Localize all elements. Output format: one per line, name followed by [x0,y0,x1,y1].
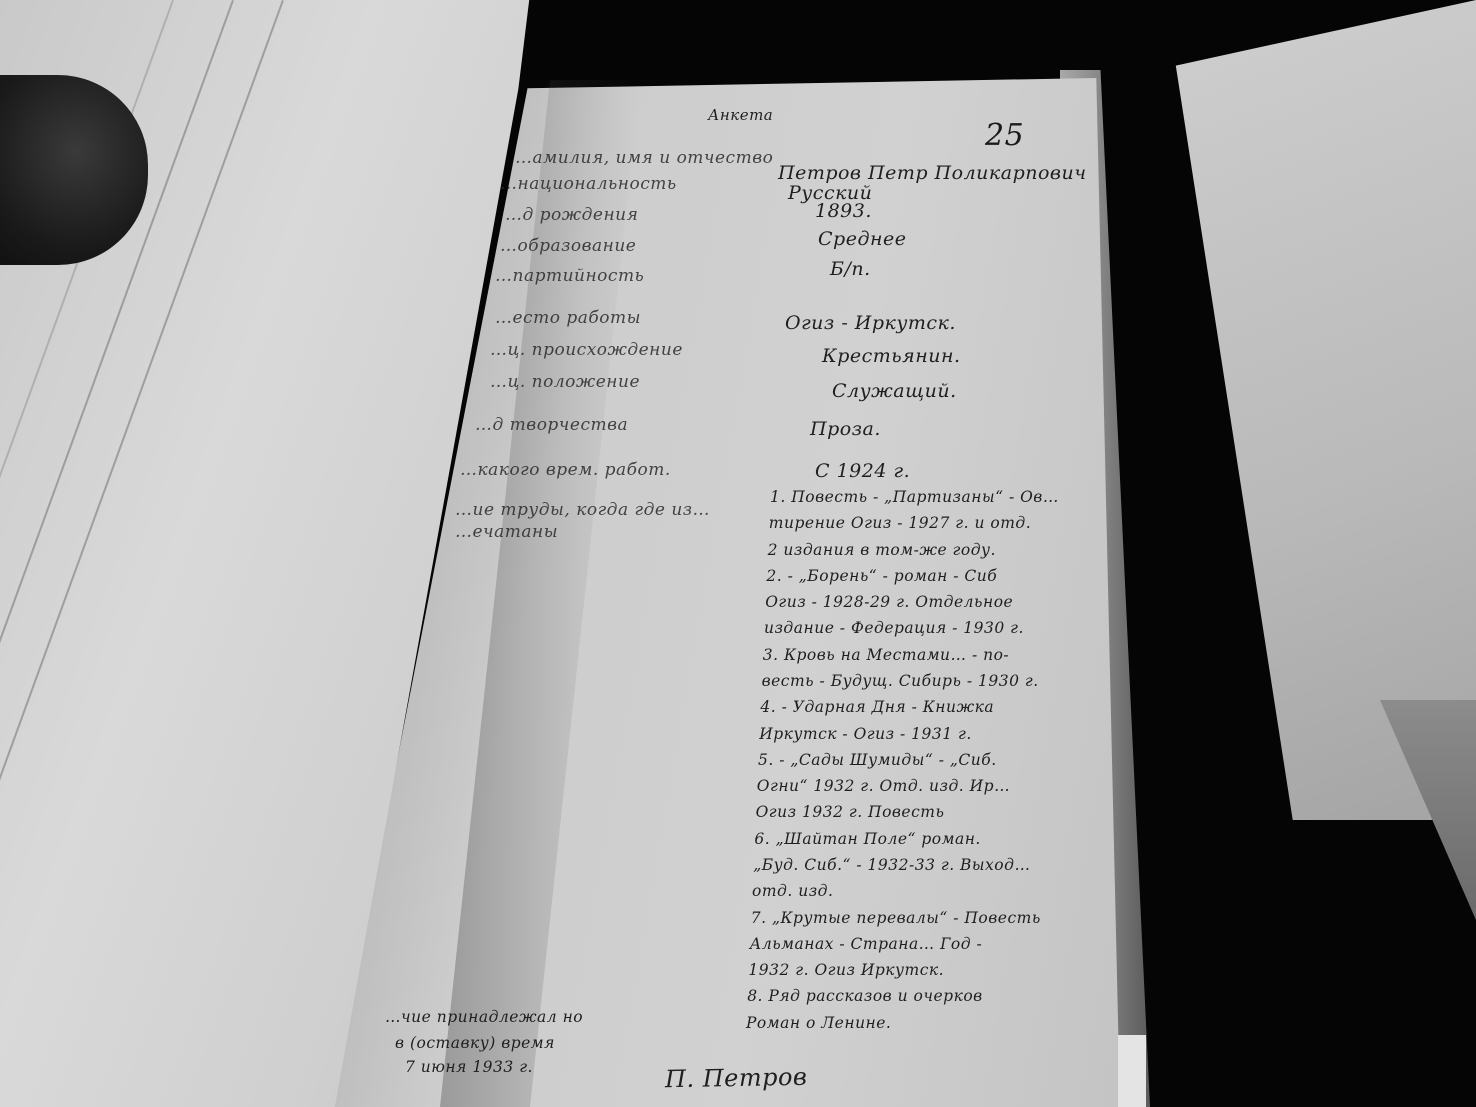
works-list-line: „Буд. Сиб.“ - 1932-33 г. Выход… [753,856,1030,874]
works-list-line: весть - Будущ. Сибирь - 1930 г. [762,672,1039,690]
field-value: Петров Петр Поликарпович [778,162,1087,184]
works-list-line: 2. - „Борень“ - роман - Сиб [766,567,997,585]
works-list-line: Роман о Ленине. [746,1014,891,1032]
field-value: Огиз - Иркутск. [785,312,956,334]
document-title: Анкета [708,106,773,124]
loose-sheet-right [1160,0,1476,820]
field-value: Крестьянин. [822,345,961,367]
works-list-line: издание - Федерация - 1930 г. [764,619,1024,637]
field-label: …д рождения [505,205,638,225]
field-label: …ие труды, когда где из… [455,500,710,520]
field-label: …национальность [500,174,677,194]
works-list-line: 1932 г. Огиз Иркутск. [748,961,944,979]
works-list-line: Огиз 1932 г. Повесть [756,803,945,821]
works-list-line: 3. Кровь на Местами… - по- [763,646,1009,664]
works-list-line: 4. - Ударная Дня - Книжка [760,698,994,716]
field-value: Среднее [818,228,907,250]
page-number: 25 [985,118,1024,153]
field-value: Б/п. [830,258,871,280]
works-list-line: 2 издания в том-же году. [768,541,996,559]
footer-note-line: в (оставку) время [395,1034,555,1052]
field-label-continued: …ечатаны [455,522,558,542]
field-label: …какого врем. работ. [460,460,671,480]
works-list-line: 7. „Крутые перевалы“ - Повесть [751,909,1041,927]
field-label: …партийность [495,266,644,286]
page-tab-strip [1118,1035,1146,1107]
works-list-line: Иркутск - Огиз - 1931 г. [759,725,972,743]
field-value: 1893. [815,200,872,222]
works-list-line: Огни“ 1932 г. Отд. изд. Ир… [757,777,1010,795]
works-list-line: Огиз - 1928-29 г. Отдельное [765,593,1013,611]
footer-note-line: 7 июня 1933 г. [405,1058,533,1076]
works-list-line: 1. Повесть - „Партизаны“ - Ов… [770,488,1059,506]
field-value: Проза. [810,418,881,440]
field-label: …ц. происхождение [490,340,683,360]
field-value: С 1924 г. [815,460,910,482]
field-label: …образование [500,236,636,256]
works-list-line: тирение Огиз - 1927 г. и отд. [769,514,1031,532]
works-list-line: 8. Ряд рассказов и очерков [747,987,983,1005]
author-signature: П. Петров [665,1063,808,1093]
field-label: …амилия, имя и отчество [515,148,773,168]
footer-note-line: …чие принадлежал но [385,1008,583,1026]
works-list-line: 6. „Шайтан Поле“ роман. [754,830,980,848]
works-list-line: 5. - „Сады Шумиды“ - „Сиб. [758,751,997,769]
works-list-line: отд. изд. [752,882,833,900]
field-value: Служащий. [832,380,957,402]
works-list-line: Альманах - Страна… Год - [750,935,983,953]
field-label: …ц. положение [490,372,640,392]
photo-scene: Анкета 25 …амилия, имя и отчество…национ… [0,0,1476,1107]
field-label: …есто работы [495,308,641,328]
field-label: …д творчества [475,415,628,435]
